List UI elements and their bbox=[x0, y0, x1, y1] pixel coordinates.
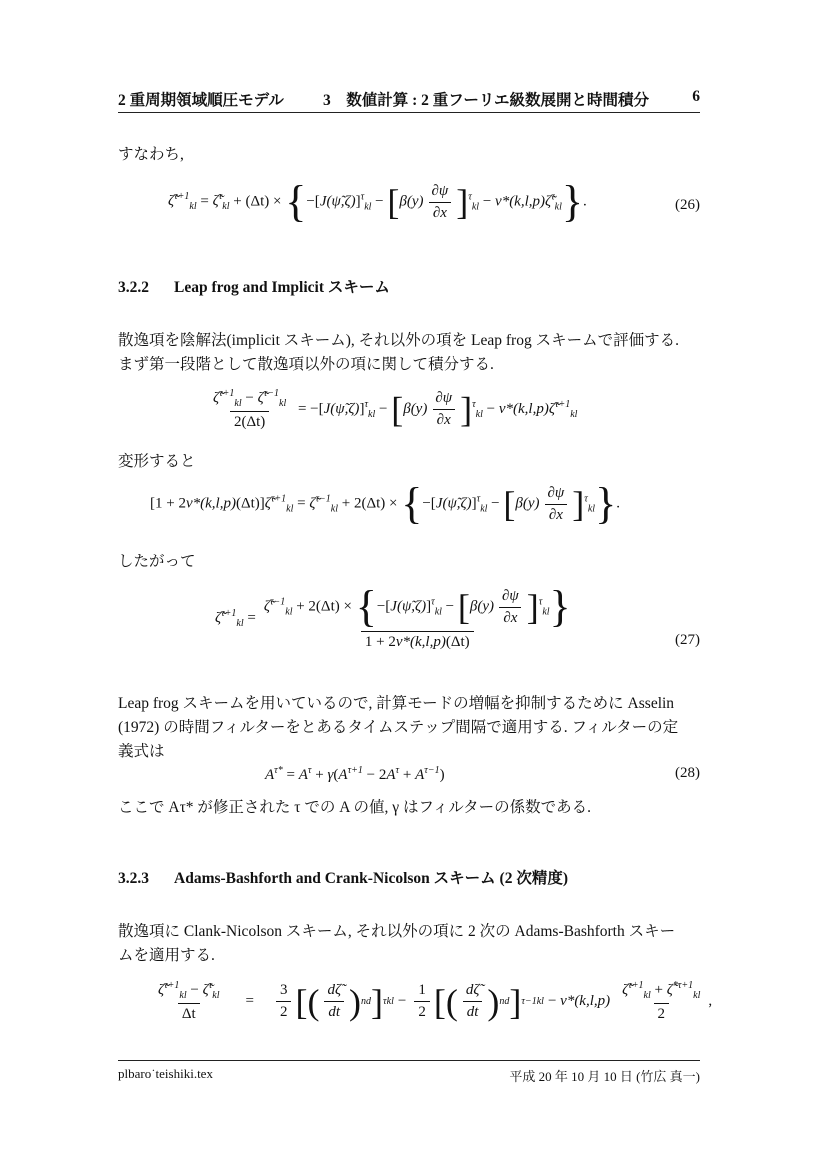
section-title: Adams-Bashforth and Crank-Nicolson スキーム … bbox=[174, 870, 568, 887]
equation-28: Aτ* = Aτ + γ(Aτ+1 − 2Aτ + Aτ−1) bbox=[265, 765, 445, 784]
transform-text: 変形すると bbox=[118, 450, 703, 474]
header-doc-title: 2 重周期領域順圧モデル bbox=[118, 88, 284, 110]
section-number: 3.2.3 bbox=[118, 870, 174, 888]
paragraph-line: ここで Aτ* が修正された τ での A の値, γ はフィルターの係数である… bbox=[118, 796, 703, 820]
equation-leapfrog-step: ζ̃τ+1kl − ζ̃τ−1kl2(Δt) = −[J(ψ̃,ζ)]τkl −… bbox=[205, 388, 577, 431]
header-rule bbox=[118, 112, 700, 113]
equation-26: ζ̃τ+1kl = ζ̃τkl + (Δt) × {−[J(ψ̃,ζ)]τkl … bbox=[168, 180, 587, 224]
paragraph-line: 散逸項に Clank-Nicolson スキーム, それ以外の項に 2 次の A… bbox=[118, 920, 703, 944]
page-number: 6 bbox=[692, 88, 700, 106]
footer-rule bbox=[118, 1060, 700, 1061]
equation-number-27: (27) bbox=[675, 632, 700, 649]
running-header: 2 重周期領域順圧モデル 3 数値計算 : 2 重フーリエ級数展開と時間積分 6 bbox=[118, 88, 700, 110]
intro-text: すなわち, bbox=[118, 143, 703, 167]
paragraph-line: まず第一段階として散逸項以外の項に関して積分する. bbox=[118, 353, 703, 377]
section-heading-3-2-3: 3.2.3Adams-Bashforth and Crank-Nicolson … bbox=[118, 866, 568, 888]
paragraph-line: Leap frog スキームを用いているので, 計算モードの増幅を抑制するために… bbox=[118, 692, 703, 716]
equation-adams-bashforth: ζ̃τ+1kl − ζ̃τklΔt = 32 [(dζ̃dt)nd]τkl − … bbox=[150, 980, 712, 1023]
section-number: 3.2.2 bbox=[118, 279, 174, 297]
footer-filename: plbaro˙teishiki.tex bbox=[118, 1066, 213, 1082]
paragraph-line: ムを適用する. bbox=[118, 944, 703, 968]
therefore-text: したがって bbox=[118, 550, 703, 574]
footer-date-author: 平成 20 年 10 月 10 日 (竹広 真一) bbox=[509, 1066, 700, 1085]
equation-number-26: (26) bbox=[675, 197, 700, 214]
section-heading-3-2-2: 3.2.2Leap frog and Implicit スキーム bbox=[118, 275, 390, 297]
equation-number-28: (28) bbox=[675, 765, 700, 782]
paragraph-line: 散逸項を陰解法(implicit スキーム), それ以外の項を Leap fro… bbox=[118, 329, 703, 353]
header-section: 3 数値計算 : 2 重フーリエ級数展開と時間積分 bbox=[323, 88, 649, 110]
equation-transformed: [1 + 2ν*(k,l,p)(Δt)]ζ̃τ+1kl = ζ̃τ−1kl + … bbox=[150, 482, 620, 526]
paragraph-line: (1972) の時間フィルターをとあるタイムステップ間隔で適用する. フィルター… bbox=[118, 716, 703, 740]
equation-27: ζ̃τ+1kl = ζ̃τ−1kl + 2(Δt) × {−[J(ψ̃,ζ)]τ… bbox=[215, 585, 579, 651]
section-title: Leap frog and Implicit スキーム bbox=[174, 279, 390, 296]
paragraph-line: 義式は bbox=[118, 740, 703, 764]
